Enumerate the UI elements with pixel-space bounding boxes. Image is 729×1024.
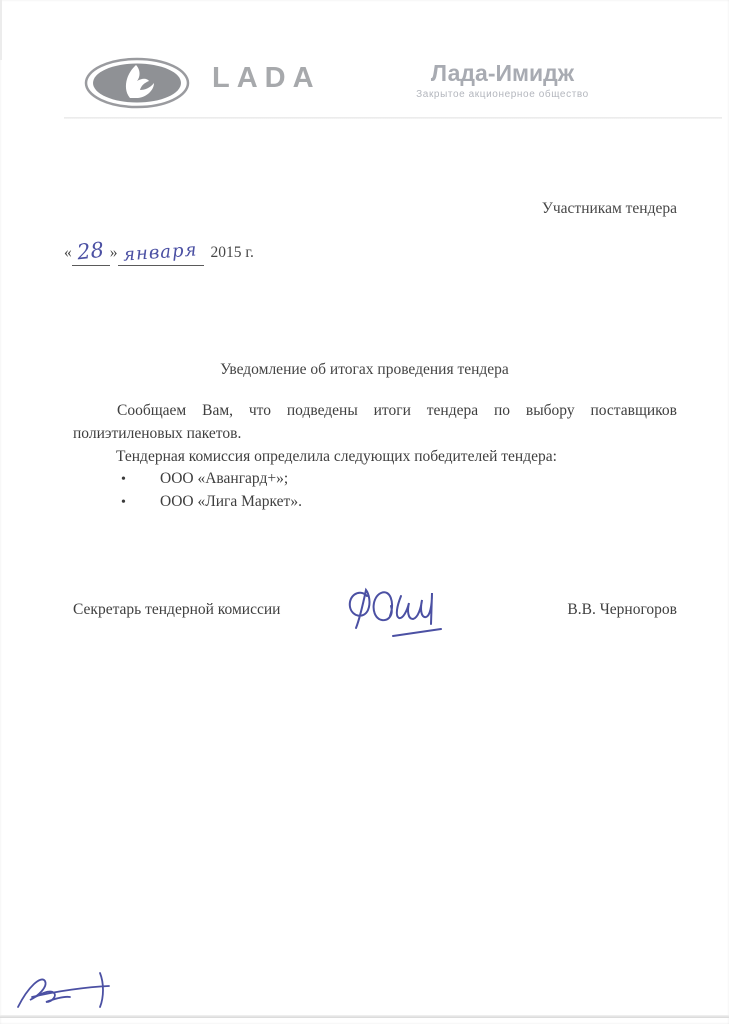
signature-ink [338,576,456,644]
winner-list-item: •ООО «Авангард+»; [121,470,288,488]
scanned-letter-page: LADA Лада-Имидж Закрытое акционерное общ… [0,0,729,1024]
date-month-blank: января [118,240,204,266]
winner-list-item: •ООО «Лига Маркет». [121,493,302,511]
paragraph-1-line-1: Сообщаем Вам, что подведены итоги тендер… [73,402,677,420]
scan-page-edge [0,1015,729,1018]
signatory-role: Секретарь тендерной комиссии [73,601,280,619]
approval-signature-ink [12,963,130,1017]
paragraph-1-line-2: полиэтиленовых пакетов. [73,425,241,443]
bullet-icon: • [121,495,160,511]
handwritten-month: января [123,238,199,267]
paragraph-2: Тендерная комиссия определила следующих … [116,448,557,466]
bullet-icon: • [121,472,160,488]
open-quote: « [64,244,72,261]
document-title: Уведомление об итогах проведения тендера [0,361,729,379]
scan-page-edge [0,0,2,60]
date-year: 2015 г. [211,244,254,261]
header-divider [64,117,722,119]
brand-wordmark: LADA [212,62,321,95]
date-day-blank: 28 [72,238,110,266]
winner-name: ООО «Лига Маркет». [160,493,302,510]
date-line: «28»января2015 г. [64,238,254,266]
close-quote: » [110,244,118,261]
recipient-line: Участникам тендера [430,200,677,218]
company-subtitle: Закрытое акционерное общество [395,89,610,100]
lada-logo-icon [84,57,190,109]
winner-name: ООО «Авангард+»; [160,470,288,487]
handwritten-day: 28 [76,238,105,265]
company-name: Лада-Имидж [395,60,610,87]
signatory-name: В.В. Черногоров [480,601,677,619]
